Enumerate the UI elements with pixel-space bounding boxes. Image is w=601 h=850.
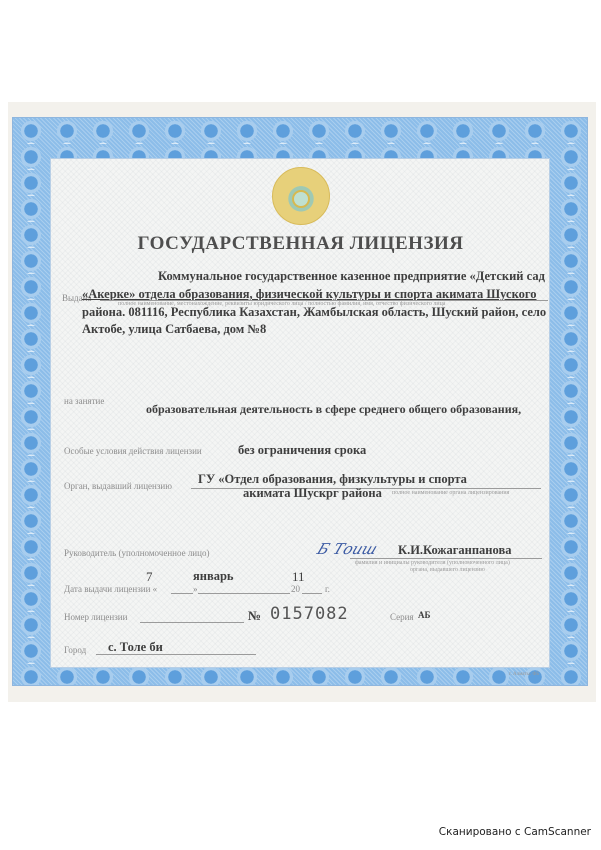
signature: Б Тоиш bbox=[315, 540, 380, 558]
issuing-body-label: Орган, выдавший лицензию bbox=[64, 481, 172, 491]
month-underline bbox=[198, 593, 290, 594]
state-emblem-icon bbox=[272, 167, 330, 225]
activity-value: образовательная деятельность в сфере сре… bbox=[146, 402, 521, 417]
issued-to-line-4: Актобе, улица Сатбаева, дом №8 bbox=[82, 322, 266, 337]
series-value: АБ bbox=[418, 610, 430, 620]
year-underline bbox=[302, 593, 322, 594]
issue-date-suffix: г. bbox=[325, 584, 330, 594]
special-conditions-value: без ограничения срока bbox=[238, 443, 366, 458]
license-number-underline bbox=[140, 622, 244, 623]
activity-label: на занятие bbox=[64, 396, 104, 406]
issuing-body-line-1: ГУ «Отдел образования, физкультуры и спо… bbox=[198, 472, 467, 487]
document-title: ГОСУДАРСТВЕННАЯ ЛИЦЕНЗИЯ bbox=[0, 233, 601, 255]
issue-year: 11 bbox=[292, 569, 305, 585]
series-label: Серия bbox=[390, 612, 414, 622]
license-number-label: Номер лицензии bbox=[64, 612, 127, 622]
issue-date-century: 20 bbox=[291, 584, 300, 594]
head-hint-1: фамилия и инициалы руководителя (уполном… bbox=[355, 560, 510, 566]
special-conditions-label: Особые условия действия лицензии bbox=[64, 446, 202, 456]
printer-mark: г. Алматы. ФБ bbox=[509, 672, 539, 677]
issued-to-line-3: района. 081116, Республика Казахстан, Жа… bbox=[82, 305, 546, 320]
day-underline bbox=[171, 593, 193, 594]
issuing-body-line-2: акимата Шускрг района bbox=[243, 486, 382, 501]
head-label: Руководитель (уполномоченное лицо) bbox=[64, 548, 209, 558]
head-hint-2: органа, выдавшего лицензию bbox=[410, 567, 485, 573]
issuing-body-hint: полное наименование органа лицензировани… bbox=[392, 490, 509, 496]
city-value: с. Толе би bbox=[108, 640, 163, 655]
issue-month: январь bbox=[193, 569, 234, 584]
license-number-prefix: № bbox=[248, 608, 261, 624]
issue-day: 7 bbox=[146, 569, 153, 585]
head-underline bbox=[350, 558, 542, 559]
city-label: Город bbox=[64, 645, 86, 655]
camscanner-footer: Сканировано с CamScanner bbox=[439, 826, 591, 838]
head-name: К.И.Кожаганпанова bbox=[398, 543, 511, 558]
issue-date-label: Дата выдачи лицензии « bbox=[64, 584, 157, 594]
issue-date-quote: » bbox=[193, 584, 198, 594]
city-underline bbox=[96, 654, 256, 655]
license-number-value: 0157082 bbox=[270, 604, 349, 624]
issued-to-line-1: Коммунальное государственное казенное пр… bbox=[158, 269, 545, 284]
